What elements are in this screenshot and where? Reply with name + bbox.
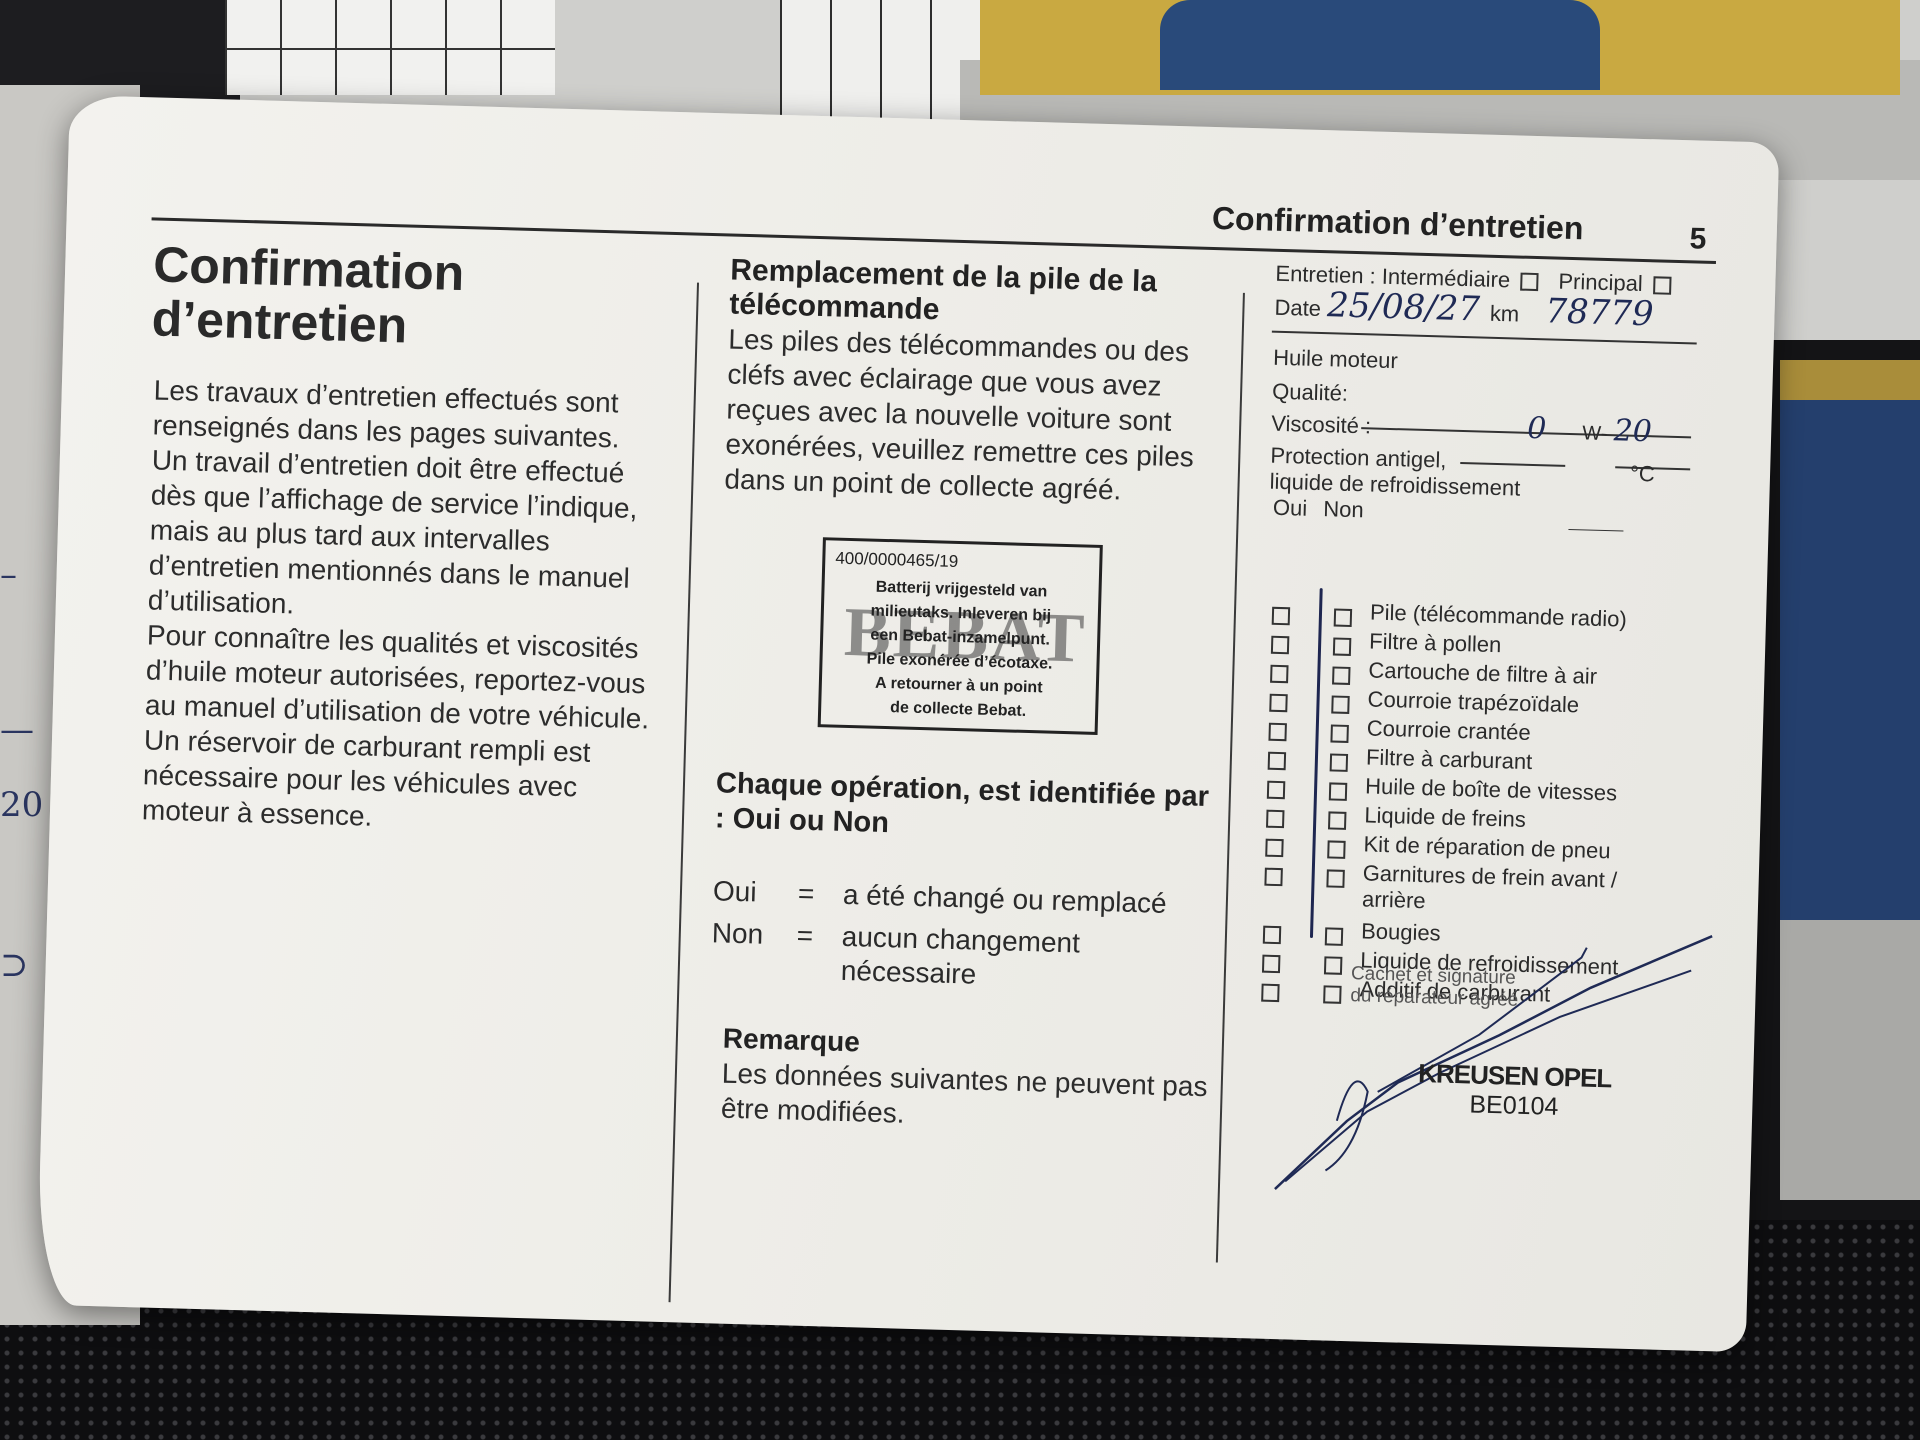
handwritten-mark: – <box>0 555 17 595</box>
legend-row: Oui = a été changé ou remplacé <box>713 874 1214 922</box>
non-checkbox[interactable] <box>1326 870 1344 888</box>
non-checkbox[interactable] <box>1333 638 1351 656</box>
viscosity-label: Viscosité : <box>1271 411 1372 439</box>
viscosity-field-2[interactable]: 20 <box>1613 413 1652 449</box>
non-checkbox[interactable] <box>1332 667 1350 685</box>
km-field[interactable]: 78779 <box>1545 291 1654 334</box>
column-divider <box>669 283 699 1303</box>
legend-key: Oui <box>713 874 799 910</box>
dealer-name: KREUSEN OPEL <box>1418 1058 1612 1094</box>
handwritten-mark: ⊃ <box>0 945 29 985</box>
km-label: km <box>1490 301 1520 327</box>
quality-label: Qualité: <box>1272 379 1348 406</box>
remark-text: Les données suivantes ne peuvent pas êtr… <box>720 1056 1208 1140</box>
legend-equals: = <box>798 877 844 912</box>
bebat-code: 400/0000465/19 <box>835 549 1089 576</box>
dealer-stamp: KREUSEN OPEL BE0104 <box>1417 1058 1612 1123</box>
background-grid-object <box>780 0 990 120</box>
non-checkbox[interactable] <box>1328 812 1346 830</box>
oui-checkbox[interactable] <box>1265 839 1283 857</box>
paragraph: Les piles des télécommandes ou des cléfs… <box>724 321 1229 510</box>
oui-checkbox[interactable] <box>1270 665 1288 683</box>
operations-title: Chaque opération, est identifiée par : O… <box>715 766 1217 850</box>
background-car-image <box>1160 0 1600 90</box>
bebat-text: Batterij vrijgesteld van milieutaks. Inl… <box>831 575 1089 726</box>
viscosity-field-1[interactable]: 0 <box>1527 411 1547 447</box>
title-line: d’entretien <box>151 291 463 354</box>
viscosity-w-label: W- <box>1582 422 1608 445</box>
intro-text: Les travaux d’entretien effectués sont r… <box>142 372 675 841</box>
paragraph: Un réservoir de carburant rempli est néc… <box>142 722 665 841</box>
non-header: Non <box>1323 496 1364 522</box>
oui-checkbox[interactable] <box>1266 810 1284 828</box>
legend-value: aucun changement nécessaire <box>840 920 1172 997</box>
booklet-page: Confirmation d’entretien 5 Confirmation … <box>36 95 1779 1352</box>
handwritten-mark: — <box>0 710 34 750</box>
bebat-label: 400/0000465/19 BEBAT Batterij vrijgestel… <box>818 537 1103 735</box>
intermediate-checkbox[interactable] <box>1520 273 1538 291</box>
oui-checkbox[interactable] <box>1268 752 1286 770</box>
non-checkbox[interactable] <box>1331 696 1349 714</box>
date-label: Date <box>1274 295 1321 321</box>
non-checkbox[interactable] <box>1330 725 1348 743</box>
non-checkbox[interactable] <box>1334 609 1352 627</box>
principal-checkbox[interactable] <box>1653 276 1671 294</box>
oui-header: Oui <box>1273 495 1308 521</box>
non-checkbox[interactable] <box>1327 841 1345 859</box>
legend-equals: = <box>795 919 842 988</box>
battery-text: Les piles des télécommandes ou des cléfs… <box>724 321 1229 510</box>
background-grid-object <box>225 0 555 95</box>
paragraph: Pour connaître les qualités et viscosité… <box>145 617 668 736</box>
legend-row: Non = aucun changement nécessaire <box>710 916 1212 998</box>
handwritten-mark: 20 <box>0 785 43 825</box>
remark: Remarque Les données suivantes ne peuven… <box>720 1021 1209 1140</box>
page-number: 5 <box>1689 222 1707 256</box>
non-checkbox[interactable] <box>1330 754 1348 772</box>
background-gray <box>1780 920 1920 1200</box>
oui-checkbox[interactable] <box>1268 723 1286 741</box>
legend-key: Non <box>710 916 797 986</box>
oui-checkbox[interactable] <box>1272 607 1290 625</box>
checklist-item-label: Garnitures de frein avant / arrière <box>1362 860 1683 921</box>
date-km-row: Date 25/08/27 km 78779 <box>1274 289 1715 343</box>
oui-checkbox[interactable] <box>1267 781 1285 799</box>
celsius-unit: °C <box>1630 461 1655 488</box>
service-label: Entretien : <box>1275 261 1376 289</box>
section-title: Confirmation d’entretien <box>151 237 465 354</box>
dealer-id: BE0104 <box>1417 1089 1611 1123</box>
paragraph: Un travail d’entretien doit être effectu… <box>147 442 672 631</box>
oui-checkbox[interactable] <box>1271 636 1289 654</box>
oui-non-legend: Oui = a été changé ou remplacé Non = auc… <box>710 874 1213 998</box>
oui-checkbox[interactable] <box>1269 694 1287 712</box>
middle-column: Remplacement de la pile de la télécomman… <box>706 254 1230 1140</box>
date-field[interactable]: 25/08/27 <box>1327 285 1481 329</box>
title-line: Confirmation <box>153 237 465 300</box>
running-title: Confirmation d’entretien <box>1211 200 1583 247</box>
background-car-image <box>1780 400 1920 920</box>
non-checkbox[interactable] <box>1329 783 1347 801</box>
legend-value: a été changé ou remplacé <box>842 878 1173 921</box>
service-form: Entretien : Intermédiaire Principal Date… <box>1269 259 1716 533</box>
oui-checkbox[interactable] <box>1264 868 1282 886</box>
